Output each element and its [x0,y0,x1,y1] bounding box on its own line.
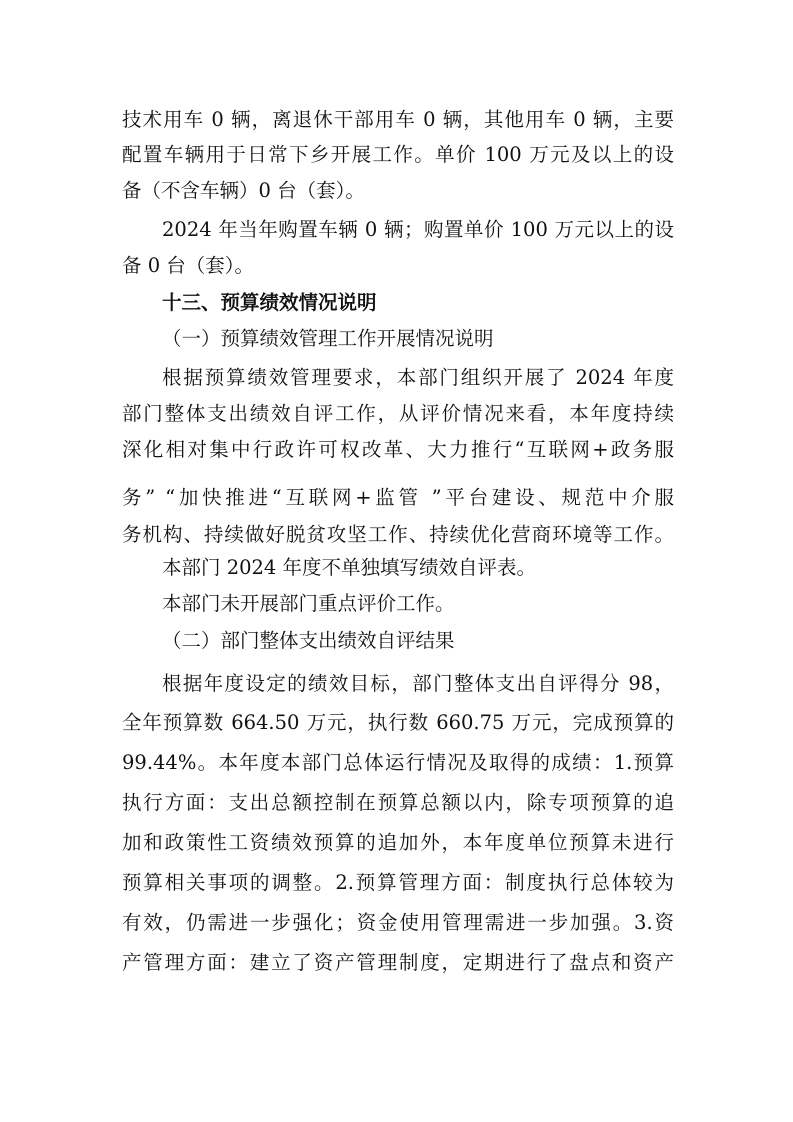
body-text-line: 本部门未开展部门重点评价工作。 [162,592,674,616]
body-text-line: 务机构、持续做好脱贫攻坚工作、持续优化营商环境等工作。 [122,523,674,547]
body-text-line: 备 0 台（套）。 [122,254,674,278]
body-text-line: 加和政策性工资绩效预算的追加外，本年度单位预算未进行 [122,831,674,855]
body-text-line: 深化相对集中行政许可权改革、大力推行“互联网+政务服 [122,438,674,462]
body-text-line: 99.44%。本年度本部门总体运行情况及取得的成绩：1.预算 [122,751,674,775]
section-heading: 十三、预算绩效情况说明 [162,291,714,315]
body-text-line: 有效，仍需进一步强化；资金使用管理需进一步加强。3.资 [122,911,674,935]
body-text-line: 根据年度设定的绩效目标，部门整体支出自评得分 98， [162,672,674,696]
body-text-line: 部门整体支出绩效自评工作，从评价情况来看，本年度持续 [122,402,674,426]
body-text-line: 全年预算数 664.50 万元，执行数 660.75 万元，完成预算的 [122,711,674,735]
body-text-line: 产管理方面：建立了资产管理制度，定期进行了盘点和资产 [122,951,674,975]
body-text-line: 执行方面：支出总额控制在预算总额以内，除专项预算的追 [122,791,674,815]
body-text-line: 务” “加快推进“互联网+监管 ”平台建设、规范中介服 [122,486,674,510]
body-text-line: 预算相关事项的调整。2.预算管理方面：制度执行总体较为 [122,871,674,895]
body-text-line: 备（不含车辆）0 台（套）。 [122,179,674,203]
body-text-line: 配置车辆用于日常下乡开展工作。单价 100 万元及以上的设 [122,143,674,167]
body-text-line: 2024 年当年购置车辆 0 辆；购置单价 100 万元以上的设 [162,218,674,242]
subsection-heading: （二）部门整体支出绩效自评结果 [162,629,714,653]
body-text-line: 本部门 2024 年度不单独填写绩效自评表。 [162,556,674,580]
body-text-line: 技术用车 0 辆，离退休干部用车 0 辆，其他用车 0 辆，主要 [122,108,674,132]
body-text-line: 根据预算绩效管理要求，本部门组织开展了 2024 年度 [162,366,674,390]
subsection-heading: （一）预算绩效管理工作开展情况说明 [162,327,714,351]
document-page: 技术用车 0 辆，离退休干部用车 0 辆，其他用车 0 辆，主要 配置车辆用于日… [0,0,793,1122]
